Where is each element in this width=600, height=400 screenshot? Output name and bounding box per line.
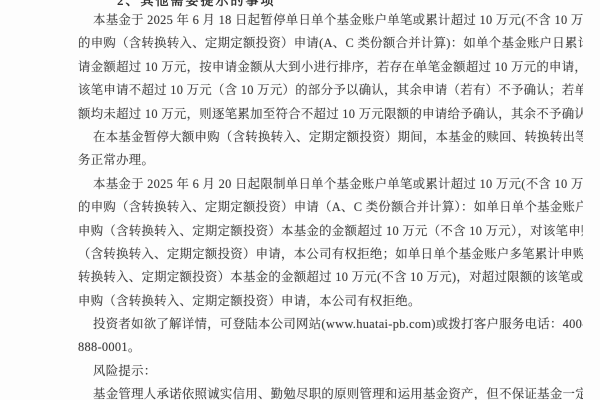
text-line: 申购（含转换转入、定期定额投资）本基金的金额超过 10 万元（不含 10 万元）…: [78, 220, 583, 243]
section-heading: 2、其他需要提示的事项: [117, 0, 276, 9]
text-line: 888-0001。: [78, 336, 583, 359]
text-line: （含转换转入、定期定额投资）申请，本公司有权拒绝；如单日单个基金账户多笔累计申购…: [78, 243, 583, 266]
text-line: 基金管理人承诺依照诚实信用、勤勉尽职的原则管理和运用基金资产，但不保证基金一定盈: [78, 383, 583, 400]
text-line: 在本基金暂停大额申购（含转换转入、定期定额投资）期间，本基金的赎回、转换转出等业: [78, 126, 583, 149]
text-line: 投资者如欲了解详情，可登陆本公司网站(www.huatai-pb.com)或拨打…: [78, 313, 583, 336]
text-line: 的申购（含转换转入、定期定额投资）申请(A、C 类份额合并计算)：如单个基金账户…: [78, 32, 583, 55]
text-line: 本基金于 2025 年 6 月 20 日起限制单日单个基金账户单笔或累计超过 1…: [78, 173, 583, 196]
text-line: 的申购（含转换转入、定期定额投资）申请（A、C 类份额合并计算）：如单日单个基金…: [78, 196, 583, 219]
text-line: 该笔申请不超过 10 万元（含 10 万元）的部分予以确认，其余申请（若有）不予…: [78, 79, 583, 102]
text-line: 务正常办理。: [78, 149, 583, 172]
text-line: 风险提示：: [78, 360, 583, 383]
text-line: 本基金于 2025 年 6 月 18 日起暂停单日单个基金账户单笔或累计超过 1…: [78, 9, 583, 32]
text-line: 额均未超过 10 万元，则逐笔累加至符合不超过 10 万元限额的申请给予确认，其…: [78, 103, 583, 126]
paragraph: 在本基金暂停大额申购（含转换转入、定期定额投资）期间，本基金的赎回、转换转出等业…: [78, 126, 583, 173]
document-page: 2、其他需要提示的事项 本基金于 2025 年 6 月 18 日起暂停单日单个基…: [0, 0, 600, 400]
paragraph: 本基金于 2025 年 6 月 20 日起限制单日单个基金账户单笔或累计超过 1…: [78, 173, 583, 313]
text-line: 申购（含转换转入、定期定额投资）申请，本公司有权拒绝。: [78, 290, 583, 313]
paragraph: 基金管理人承诺依照诚实信用、勤勉尽职的原则管理和运用基金资产，但不保证基金一定盈: [78, 383, 583, 400]
paragraph: 本基金于 2025 年 6 月 18 日起暂停单日单个基金账户单笔或累计超过 1…: [78, 9, 583, 126]
text-line: 请金额超过 10 万元，按申请金额从大到小进行排序，若存在单笔金额超过 10 万…: [78, 56, 583, 79]
text-line: 转换转入、定期定额投资）本基金的金额超过 10 万元(不含 10 万元)，对超过…: [78, 266, 583, 289]
document-body: 本基金于 2025 年 6 月 18 日起暂停单日单个基金账户单笔或累计超过 1…: [78, 9, 583, 400]
paragraph: 风险提示：: [78, 360, 583, 383]
paragraph: 投资者如欲了解详情，可登陆本公司网站(www.huatai-pb.com)或拨打…: [78, 313, 583, 360]
